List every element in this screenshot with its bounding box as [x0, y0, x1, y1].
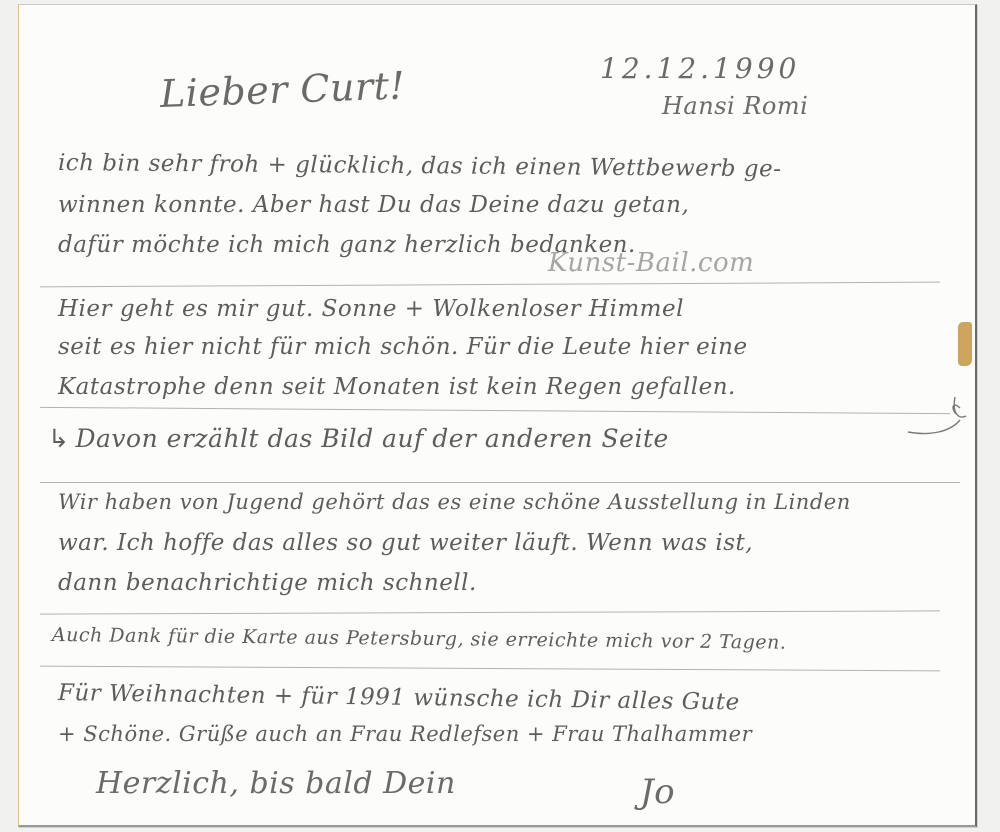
- flourish-doodle: [900, 392, 970, 442]
- paragraph-2-line-1: Hier geht es mir gut. Sonne + Wolkenlose…: [58, 296, 684, 322]
- paragraph-4-line-2: war. Ich hoffe das alles so gut weiter l…: [58, 530, 753, 556]
- paragraph-2-line-2: seit es hier nicht für mich schön. Für d…: [58, 334, 748, 360]
- letter-place: Hansi Romi: [662, 92, 808, 120]
- watermark: Kunst-Bail.com: [548, 248, 754, 278]
- paragraph-2-line-3: Katastrophe denn seit Monaten ist kein R…: [58, 374, 736, 400]
- salutation: Lieber Curt!: [159, 63, 406, 116]
- scanned-letter: Lieber Curt! 12.12.1990 Hansi Romi ich b…: [0, 0, 1000, 832]
- paragraph-6-line-2: + Schöne. Grüße auch an Frau Redlefsen +…: [58, 722, 752, 746]
- paragraph-3-line-1: ↳Davon erzählt das Bild auf der anderen …: [48, 424, 669, 453]
- paragraph-4-line-3: dann benachrichtige mich schnell.: [58, 570, 477, 596]
- divider-line: [40, 482, 960, 483]
- paragraph-4-line-1: Wir haben von Jugend gehört das es eine …: [58, 490, 851, 514]
- tape-residue-mark: [958, 322, 972, 366]
- paragraph-3-text: Davon erzählt das Bild auf der anderen S…: [75, 424, 668, 453]
- signature: Jo: [640, 772, 675, 812]
- paragraph-1-line-2: winnen konnte. Aber hast Du das Deine da…: [58, 192, 689, 218]
- letter-date: 12.12.1990: [600, 52, 800, 85]
- turn-arrow-icon: ↳: [48, 424, 69, 453]
- closing-text: Herzlich, bis bald Dein: [96, 766, 456, 801]
